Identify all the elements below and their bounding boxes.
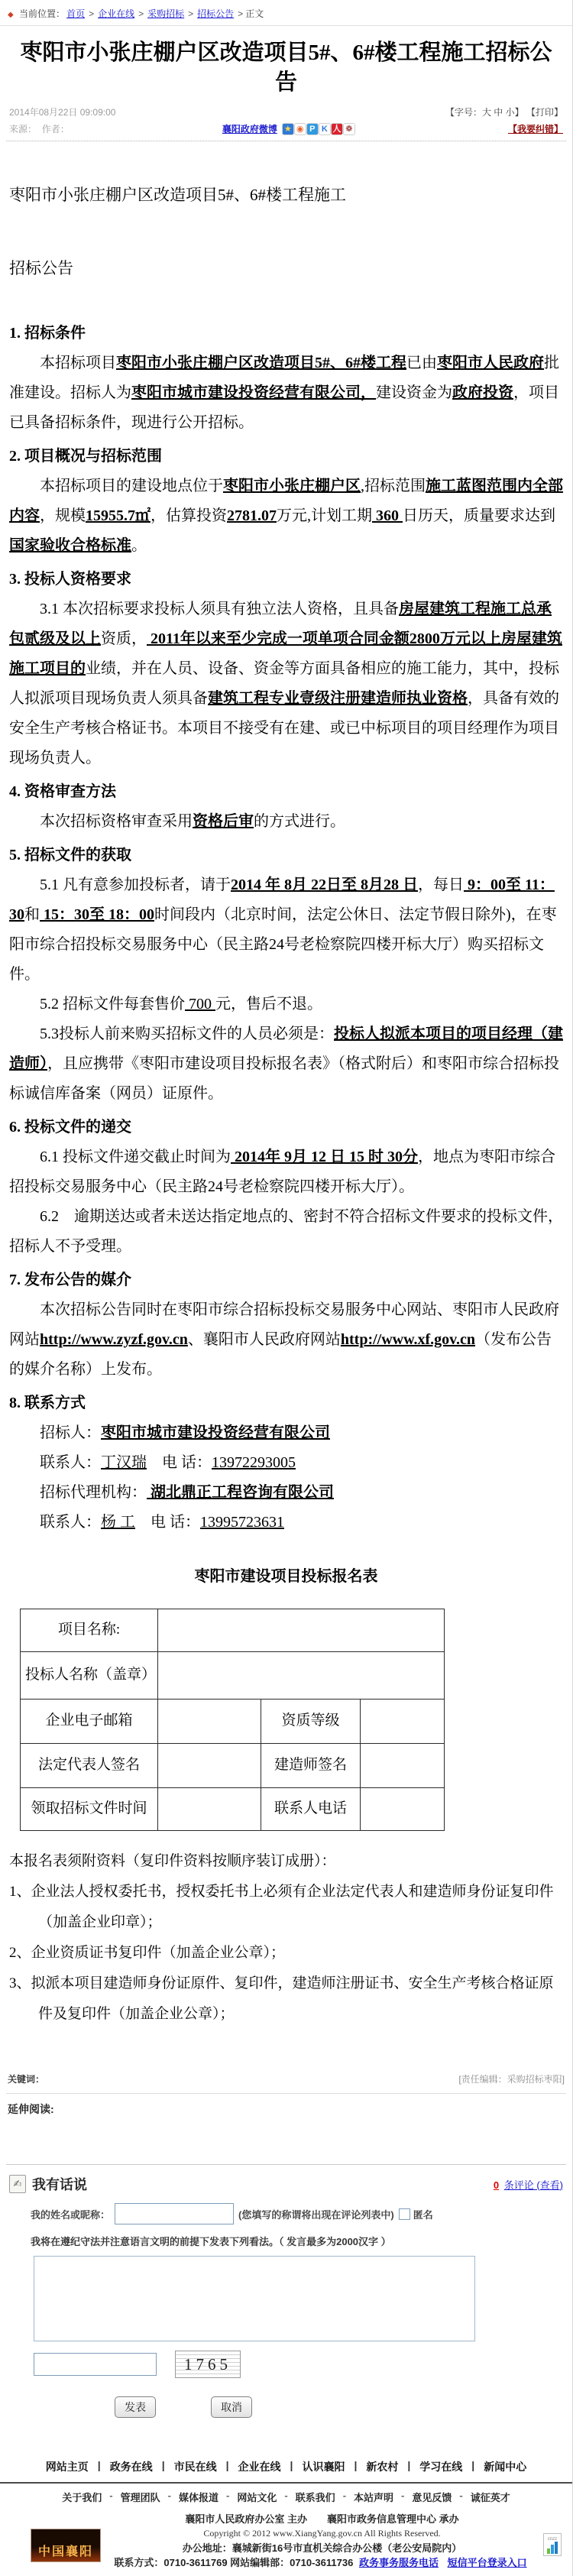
plain-text: ，估算投资 [151,507,227,524]
breadcrumb-link[interactable]: 首页 [66,8,85,19]
emphasized-text: 杨 工 [101,1514,135,1531]
breadcrumb-separator: > [238,8,243,19]
emphasized-text: 2781.07 [227,507,277,524]
footer-nav-link-2[interactable]: 政务在线 [101,2459,162,2474]
captcha-input[interactable] [34,2353,157,2376]
section-heading: 4. 资格审查方法 [9,777,563,807]
plain-text: ，且应携带《枣阳市建设项目投标报名表》（格式附后）和枣阳市综合招标投标诚信库备案… [9,1055,559,1102]
section-heading: 2. 项目概况与招标范围 [9,442,563,471]
emphasized-text: 2014年 9月 12 日 15 时 30分 [231,1149,418,1165]
document-title-line2: 招标公告 [9,256,563,279]
keywords-label: 关键词： [8,2072,44,2085]
body-paragraph: 联系人：丁汉瑞 电 话：13972293005 [9,1448,563,1478]
plain-text: 6.1 投标文件递交截止时间为 [40,1149,231,1165]
gov-service-phone-link[interactable]: 政务事务服务电话 [359,2557,439,2568]
plain-text: 、襄阳市人民政府网站 [188,1331,341,1348]
comment-rules-notice: 我将在遵纪守法并注意语言文明的前提下发表下列看法。（ 发言最多为2000汉字 ） [0,2224,572,2248]
article-body: 枣阳市小张庄棚户区改造项目5#、6#楼工程施工 招标公告 1. 招标条件本招标项… [0,141,572,1537]
qzone-star-icon[interactable]: ★ [282,123,294,135]
plain-text: 3.1 本次招标要求投标人须具有独立法人资格，且具备 [40,601,399,617]
emphasized-text: 13995723631 [200,1514,284,1531]
comment-section-title: 我有话说 [32,2174,87,2194]
table-empty-cell [158,1609,445,1652]
footer-nav: 网站主页|政务在线|市民在线|企业在线|认识襄阳|新农村|学习在线|新闻中心 [0,2453,572,2480]
article-meta-row: 2014年08月22日 09:09:00 【字号：大 中 小】 【打印】 [0,104,572,120]
page-container: ◆ 当前位置：首页>企业在线>采购招标>招标公告>正文 枣阳市小张庄棚户区改造项… [0,0,573,2576]
section-heading: 7. 发布公告的媒介 [9,1265,563,1295]
publish-date: 2014年08月22日 09:09:00 [9,105,115,118]
notes-intro: 本报名表须附资料（复印件资料按顺序装订成册）： [9,1846,563,1877]
emphasized-text: 15：30至 18：00 [40,906,154,923]
footer-address: 办公地址：襄城新街16号市直机关综合办公楼（老公安局院内） [101,2541,543,2555]
table-label-cell: 投标人名称（盖章） [21,1652,158,1700]
emphasized-text: 枣阳市小张庄棚户区 [223,478,361,494]
plain-text: 5.2 招标文件每套售价 [40,996,185,1013]
footer-organizer: 襄阳市人民政府办公室 主办 襄阳市政务信息管理中心 承办 [101,2512,543,2526]
plain-text: ,招标范围 [361,478,426,494]
plain-text: 6.2 逾期送达或者未送达指定地点的、密封不符合招标文件要求的投标文件，招标人不… [9,1208,563,1255]
section-heading: 3. 投标人资格要求 [9,565,563,595]
plain-text: 和 [24,906,40,923]
error-correction-link[interactable]: 【我要纠错】 [508,122,563,135]
breadcrumb-link[interactable]: 企业在线 [98,8,134,19]
footer-nav-link-6[interactable]: 新农村 [357,2459,407,2474]
body-paragraph: 本招标项目的建设地点位于枣阳市小张庄棚户区,招标范围施工蓝图范围内全部内容，规模… [9,471,563,561]
view-comments-link[interactable]: 条评论 (查看) [504,2179,563,2191]
section-heading: 6. 投标文件的递交 [9,1113,563,1142]
body-paragraph: 联系人：杨 工 电 话：13995723631 [9,1508,563,1537]
table-empty-cell [158,1788,261,1831]
emphasized-text: 枣阳市人民政府 [437,355,544,371]
footer-nav-link-5[interactable]: 认识襄阳 [293,2459,354,2474]
notes-item: 3、拟派本项目建造师身份证原件、复印件，建造师注册证书、安全生产考核合格证原件及… [9,1968,563,2030]
section-heading: 8. 联系方式 [9,1388,563,1418]
sina-weibo-icon[interactable]: ◉ [294,123,306,135]
keywords-row: 关键词： [责任编辑：采购招标枣阳] [8,2072,565,2085]
captcha-row: 1765 [34,2351,572,2378]
plain-text: 5.3投标人前来购买招标文件的人员必须是： [40,1026,334,1042]
author-label: 作者： [42,124,70,134]
emphasized-text: 360 [372,507,403,524]
footer-about-link-2[interactable]: 管理团队 [113,2490,168,2504]
emphasized-text: 政府投资 [452,384,513,401]
footer-about-link-1[interactable]: 关于我们 [54,2490,109,2504]
table-empty-cell [158,1652,445,1700]
table-empty-cell [361,1744,445,1788]
footer-nav-link-4[interactable]: 企业在线 [229,2459,290,2474]
source-label: 来源： [9,124,37,134]
emphasized-text: 资格后审 [193,813,254,830]
share-p-icon[interactable]: P [306,123,319,135]
comment-header: ✍ 我有话说 0 条评论 (查看) [0,2165,572,2197]
emphasized-text: http://www.zyzf.gov.cn [40,1331,188,1348]
plain-text: 联系人： [40,1514,101,1531]
table-label-cell: 联系人电话 [261,1788,361,1831]
plain-text: 联系人： [40,1454,101,1471]
table-row: 项目名称: [21,1609,445,1652]
footer-main: 中国襄阳 襄阳市人民政府办公室 主办 襄阳市政务信息管理中心 承办 Copyri… [0,2504,572,2576]
table-row: 企业电子邮箱资质等级 [21,1700,445,1744]
signup-form-title: 枣阳市建设项目投标报名表 [0,1563,572,1586]
renren-icon[interactable]: 人 [331,123,343,135]
body-paragraph: 5.2 招标文件每套售价 700 元，售后不退。 [9,990,563,1019]
footer-nav-link-3[interactable]: 市民在线 [165,2459,226,2474]
china-xiangyang-logo[interactable]: 中国襄阳 [31,2529,101,2562]
comment-name-row: 我的姓名或昵称： (您填写的称谓将出现在评论列表中) 匿名 [0,2197,572,2224]
plain-text: ，每日 [418,876,464,893]
breadcrumb: ◆ 当前位置：首页>企业在线>采购招标>招标公告>正文 [0,0,572,26]
emphasized-text: 湖北鼎正工程咨询有限公司 [147,1484,334,1501]
breadcrumb-separator: > [138,8,144,19]
responsible-editor: [责任编辑：采购招标枣阳] [458,2072,565,2085]
print-button[interactable]: 【打印】 [526,107,563,118]
footer-divider [0,2482,572,2484]
footer-nav-link-7[interactable]: 学习在线 [410,2459,471,2474]
section-heading: 5. 招标文件的获取 [9,841,563,870]
plain-text: 招标代理机构： [40,1484,147,1501]
plain-text: 的方式进行。 [254,813,345,830]
table-empty-cell [361,1700,445,1744]
footer-about-links: 关于我们-管理团队-媒体报道-网站文化-联系我们-本站声明-意见反馈-诚征英才 [0,2490,572,2504]
emphasized-text: 枣阳市城市建设投资经营有限公司 [101,1424,330,1441]
footer-about-link-4[interactable]: 网站文化 [229,2490,284,2504]
body-paragraph: 6.2 逾期送达或者未送达指定地点的、密封不符合招标文件要求的投标文件，招标人不… [9,1202,563,1262]
captcha-image[interactable]: 1765 [175,2351,241,2378]
plain-text: 电 话： [135,1514,200,1531]
plain-text: 万元,计划工期 [277,507,372,524]
emphasized-text: 700 [185,996,215,1013]
comment-count: 0 [494,2179,499,2191]
footer-contact: 联系方式：0710-3611769 网站编辑部：0710-3611736 [114,2557,353,2568]
body-paragraph: 3.1 本次招标要求投标人须具有独立法人资格，且具备房屋建筑工程施工总承包贰级及… [9,595,563,773]
table-row: 投标人名称（盖章） [21,1652,445,1700]
body-paragraph: 6.1 投标文件递交截止时间为 2014年 9月 12 日 15 时 30分，地… [9,1142,563,1202]
body-paragraph: 本次招标公告同时在枣阳市综合招标投标交易服务中心网站、枣阳市人民政府网站http… [9,1295,563,1385]
footer-nav-link-8[interactable]: 新闻中心 [474,2459,536,2474]
table-label-cell: 领取招标文件时间 [21,1788,158,1831]
emphasized-text: 枣阳市小张庄棚户区改造项目5#、6#楼工程 [116,355,406,371]
breadcrumb-label: 当前位置： [19,8,65,19]
plain-text: 已由 [406,355,437,371]
divider [6,2093,566,2094]
breadcrumb-current: 正文 [245,8,264,19]
gov-weibo-link[interactable]: 襄阳政府微博 [222,122,277,135]
emphasized-text: http://www.xf.gov.cn [341,1331,475,1348]
footer-about-link-3[interactable]: 媒体报道 [171,2490,226,2504]
plain-text: 日历天，质量要求达到 [403,507,555,524]
emphasized-text: 建筑工程专业壹级注册建造师执业资格 [208,690,468,707]
table-row: 法定代表人签名建造师签名 [21,1744,445,1788]
emphasized-text: 枣阳市城市建设投资经营有限公司， [131,384,376,401]
signup-form-table: 项目名称:投标人名称（盖章）企业电子邮箱资质等级法定代表人签名建造师签名领取招标… [20,1609,445,1831]
plain-text: 招标人： [40,1424,101,1441]
page-title: 枣阳市小张庄棚户区改造项目5#、6#楼工程施工招标公告 [20,38,552,98]
emphasized-text: 国家验收合格标准 [9,537,131,554]
plain-text: 元，售后不退。 [215,996,322,1013]
footer-copyright: Copyright © 2012 www.XiangYang.gov.cn Al… [101,2526,543,2541]
breadcrumb-link[interactable]: 招标公告 [197,8,234,19]
footer-about-link-7[interactable]: 意见反馈 [404,2490,459,2504]
emphasized-text: 15955.7㎡ [86,507,151,524]
document-title-line1: 枣阳市小张庄棚户区改造项目5#、6#楼工程施工 [9,183,563,206]
nickname-label: 我的姓名或昵称： [31,2207,110,2221]
table-label-cell: 建造师签名 [261,1744,361,1788]
sms-platform-link[interactable]: 短信平台登录入口 [448,2557,527,2568]
body-paragraph: 本次招标资格审查采用资格后审的方式进行。 [9,807,563,837]
breadcrumb-diamond-icon: ◆ [8,11,14,19]
related-reading-label: 延伸阅读: [8,2101,565,2117]
body-paragraph: 5.1 凡有意参加投标者，请于2014 年 8月 22日至 8月28 日，每日 … [9,870,563,990]
table-empty-cell [158,1700,261,1744]
plain-text: 建设资金为 [376,384,452,401]
plain-text: 电 话： [147,1454,212,1471]
share-bar: 襄阳政府微博 ★◉PK人❁ [70,122,508,135]
anonymous-checkbox[interactable] [399,2208,410,2220]
comment-note-icon: ✍ [9,2175,26,2193]
submit-comment-button[interactable]: 发表 [115,2396,156,2418]
comment-buttons: 发表 取消 [115,2396,572,2418]
body-paragraph: 招标人：枣阳市城市建设投资经营有限公司 [9,1418,563,1448]
table-row: 领取招标文件时间联系人电话 [21,1788,445,1831]
notes-item: 2、企业资质证书复印件（加盖企业公章）； [9,1938,563,1968]
attachment-notes: 本报名表须附资料（复印件资料按顺序装订成册）： 1、企业法人授权委托书，授权委托… [0,1831,572,2030]
footer-about-link-5[interactable]: 联系我们 [288,2490,343,2504]
plain-text: 本招标项目的建设地点位于 [40,478,223,494]
plain-text: 本次招标资格审查采用 [40,813,193,830]
comment-textarea[interactable] [34,2256,475,2341]
plain-text: 。 [131,537,147,554]
breadcrumb-link[interactable]: 采购招标 [147,8,184,19]
emphasized-text: 丁汉瑞 [101,1454,147,1471]
plain-text: 本招标项目 [40,355,116,371]
table-label-cell: 资质等级 [261,1700,361,1744]
anonymous-label: 匿名 [413,2207,433,2221]
footer-about-link-6[interactable]: 本站声明 [346,2490,401,2504]
font-size-control[interactable]: 【字号：大 中 小】 [445,107,524,118]
nickname-hint: (您填写的称谓将出现在评论列表中) [238,2207,394,2221]
body-paragraph: 5.3投标人前来购买招标文件的人员必须是：投标人拟派本项目的项目经理（建造师），… [9,1019,563,1109]
source-share-row: 来源： 作者： 襄阳政府微博 ★◉PK人❁ 【我要纠错】 [0,120,572,141]
emphasized-text: 13972293005 [212,1454,296,1471]
nickname-input[interactable] [115,2203,234,2224]
cnzz-stats-icon[interactable]: cnzz [543,2533,562,2556]
footer-about-link-8[interactable]: 诚征英才 [463,2490,518,2504]
notes-item: 1、企业法人授权委托书，授权委托书上必须有企业法定代表人和建造师身份证复印件（加… [9,1877,563,1938]
table-label-cell: 项目名称: [21,1609,158,1652]
table-empty-cell [361,1788,445,1831]
section-heading: 1. 招标条件 [9,319,563,348]
breadcrumb-separator: > [89,8,94,19]
swirl-share-icon[interactable]: ❁ [343,123,355,135]
breadcrumb-separator: > [188,8,193,19]
plain-text: ，规模 [40,507,86,524]
body-paragraph: 本招标项目枣阳市小张庄棚户区改造项目5#、6#楼工程已由枣阳市人民政府批准建设。… [9,348,563,438]
footer-nav-link-1[interactable]: 网站主页 [37,2459,98,2474]
plain-text: 资质， [101,630,147,647]
table-label-cell: 法定代表人签名 [21,1744,158,1788]
kaixin-k-icon[interactable]: K [319,123,331,135]
table-empty-cell [158,1744,261,1788]
table-label-cell: 企业电子邮箱 [21,1700,158,1744]
emphasized-text: 2014 年 8月 22日至 8月28 日 [231,876,418,893]
plain-text: 5.1 凡有意参加投标者，请于 [40,876,231,893]
body-paragraph: 招标代理机构： 湖北鼎正工程咨询有限公司 [9,1478,563,1508]
cancel-comment-button[interactable]: 取消 [211,2396,252,2418]
